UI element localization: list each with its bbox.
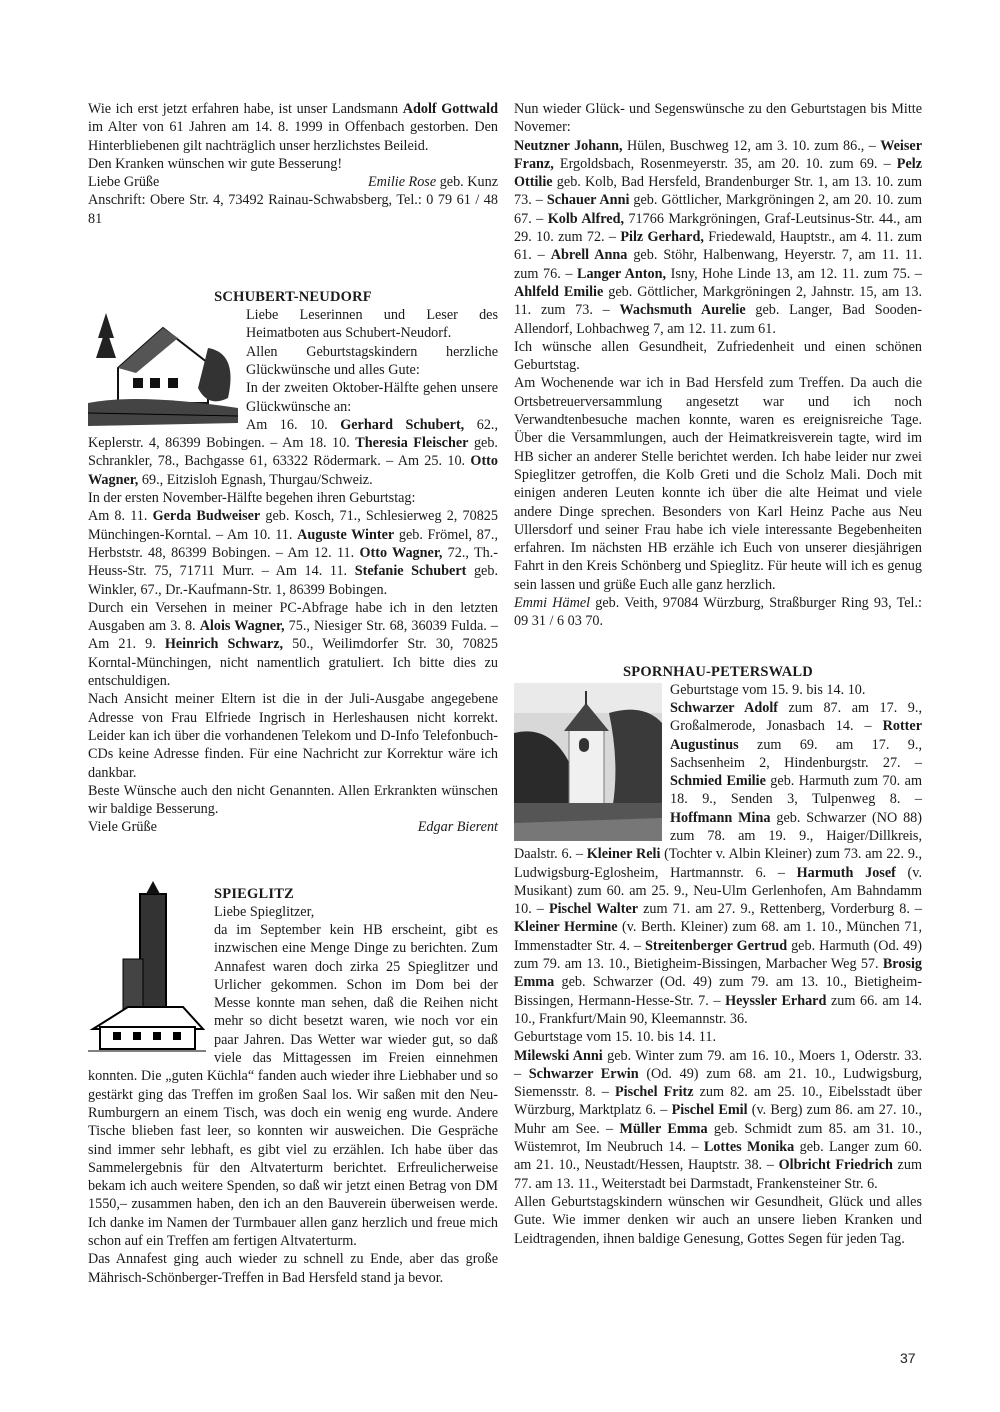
person-name: Harmuth Josef [797,865,896,881]
farmhouse-illustration [88,308,238,428]
person-name: Milewski Anni [514,1048,603,1064]
person-name: Pelz Ottilie [514,156,922,190]
signature: Edgar Bierent [418,818,498,836]
person-name: Schwarzer Erwin [529,1066,639,1082]
person-name: Abrell Anna [551,247,628,263]
person-name: Alois Wagner, [200,618,285,634]
section-spornhau-peterswald: SPORNHAU-PETERSWALD Geburtstage vom 15. … [514,663,922,1248]
closing: Allen Geburtstagskindern wünschen wir Ge… [514,1193,922,1248]
november-birthdays: Am 8. 11. Gerda Budweiser geb. Kosch, 71… [88,507,498,598]
body-paragraph: Das Annafest ging auch wieder zu schnell… [88,1250,498,1287]
signature-row: Liebe Grüße Emilie Rose geb. Kunz [88,173,498,191]
person-name: Müller Emma [619,1121,707,1137]
person-name: Heinrich Schwarz, [165,636,283,652]
section-heading: SPORNHAU-PETERSWALD [514,663,922,681]
person-name: Pischel Walter [549,901,638,917]
address-line: Anschrift: Obere Str. 4, 73492 Rainau-Sc… [88,191,498,228]
person-name: Pilz Gerhard, [620,229,704,245]
period-label: Geburtstage vom 15. 10. bis 14. 11. [514,1028,922,1046]
person-name: Gerda Budweiser [153,508,261,524]
section-heading: SCHUBERT-NEUDORF [88,288,498,306]
left-column: Wie ich erst jetzt erfahren habe, ist un… [88,100,498,1287]
person-name: Schauer Anni [547,192,630,208]
person-name: Schmied Emilie [670,773,766,789]
address-note: Nach Ansicht meiner Eltern ist die in de… [88,690,498,781]
tower-illustration [88,879,206,1054]
birthday-list: Milewski Anni geb. Winter zum 79. am 16.… [514,1047,922,1193]
person-name: Wachsmuth Aurelie [619,302,745,318]
section-spieglitz: SPIEGLITZ Liebe Spieglitzer, da im Septe… [88,885,498,1287]
person-name: Auguste Winter [297,527,394,543]
person-name: Pischel Fritz [615,1084,694,1100]
person-name: Neutzner Johann, [514,138,623,154]
get-well-line: Den Kranken wünschen wir gute Besserung! [88,155,498,173]
signature: Emmi Hämel geb. Veith, 97084 Würzburg, S… [514,594,922,631]
person-name: Lottes Monika [704,1139,794,1155]
section-schubert-neudorf: SCHUBERT-NEUDORF Liebe Leserinnen und Le… [88,288,498,837]
person-name: Brosig Emma [514,956,922,990]
closing: Beste Wünsche auch den nicht Genannten. … [88,782,498,819]
person-name: Stefanie Schubert [355,563,467,579]
person-name: Schwarzer Adolf [670,700,778,716]
right-column: Nun wieder Glück- und Segenswünsche zu d… [514,100,922,1248]
report-paragraph: Am Wochenende war ich in Bad Hersfeld zu… [514,374,922,594]
person-name: Olbricht Friedrich [779,1157,893,1173]
obituary-paragraph: Wie ich erst jetzt erfahren habe, ist un… [88,100,498,155]
birthday-intro: Nun wieder Glück- und Segenswünsche zu d… [514,100,922,137]
person-name: Rotter Augustinus [670,718,922,752]
section-spieglitz-continued: Nun wieder Glück- und Segenswünsche zu d… [514,100,922,631]
person-name: Langer Anton, [577,266,666,282]
person-name: Kolb Alfred, [548,211,624,227]
signature-row: Viele Grüße Edgar Bierent [88,818,498,836]
person-name: Heyssler Erhard [725,993,826,1009]
person-name: Adolf Gottwald [403,101,498,117]
november-intro: In der ersten November-Hälfte begehen ih… [88,489,498,507]
birthday-list: Neutzner Johann, Hülen, Buschweg 12, am … [514,137,922,338]
person-name: Otto Wagner, [359,545,442,561]
signature: Emilie Rose geb. Kunz [368,173,498,191]
wish: Ich wünsche allen Gesundheit, Zufriedenh… [514,338,922,375]
person-name: Ahlfeld Emilie [514,284,603,300]
person-name: Kleiner Reli [587,846,661,862]
person-name: Streitenberger Gertrud [645,938,787,954]
person-name: Pischel Emil [672,1102,748,1118]
greeting: Viele Grüße [88,818,157,836]
person-name: Hoffmann Mina [670,810,770,826]
church-photo [514,683,662,841]
correction-paragraph: Durch ein Versehen in meiner PC-Abfrage … [88,599,498,690]
person-name: Otto Wagner, [88,453,498,487]
person-name: Gerhard Schubert, [340,417,464,433]
person-name: Kleiner Hermine [514,919,618,935]
person-name: Theresia Fleischer [355,435,468,451]
page-number: 37 [900,1350,916,1366]
greeting: Liebe Grüße [88,173,159,191]
